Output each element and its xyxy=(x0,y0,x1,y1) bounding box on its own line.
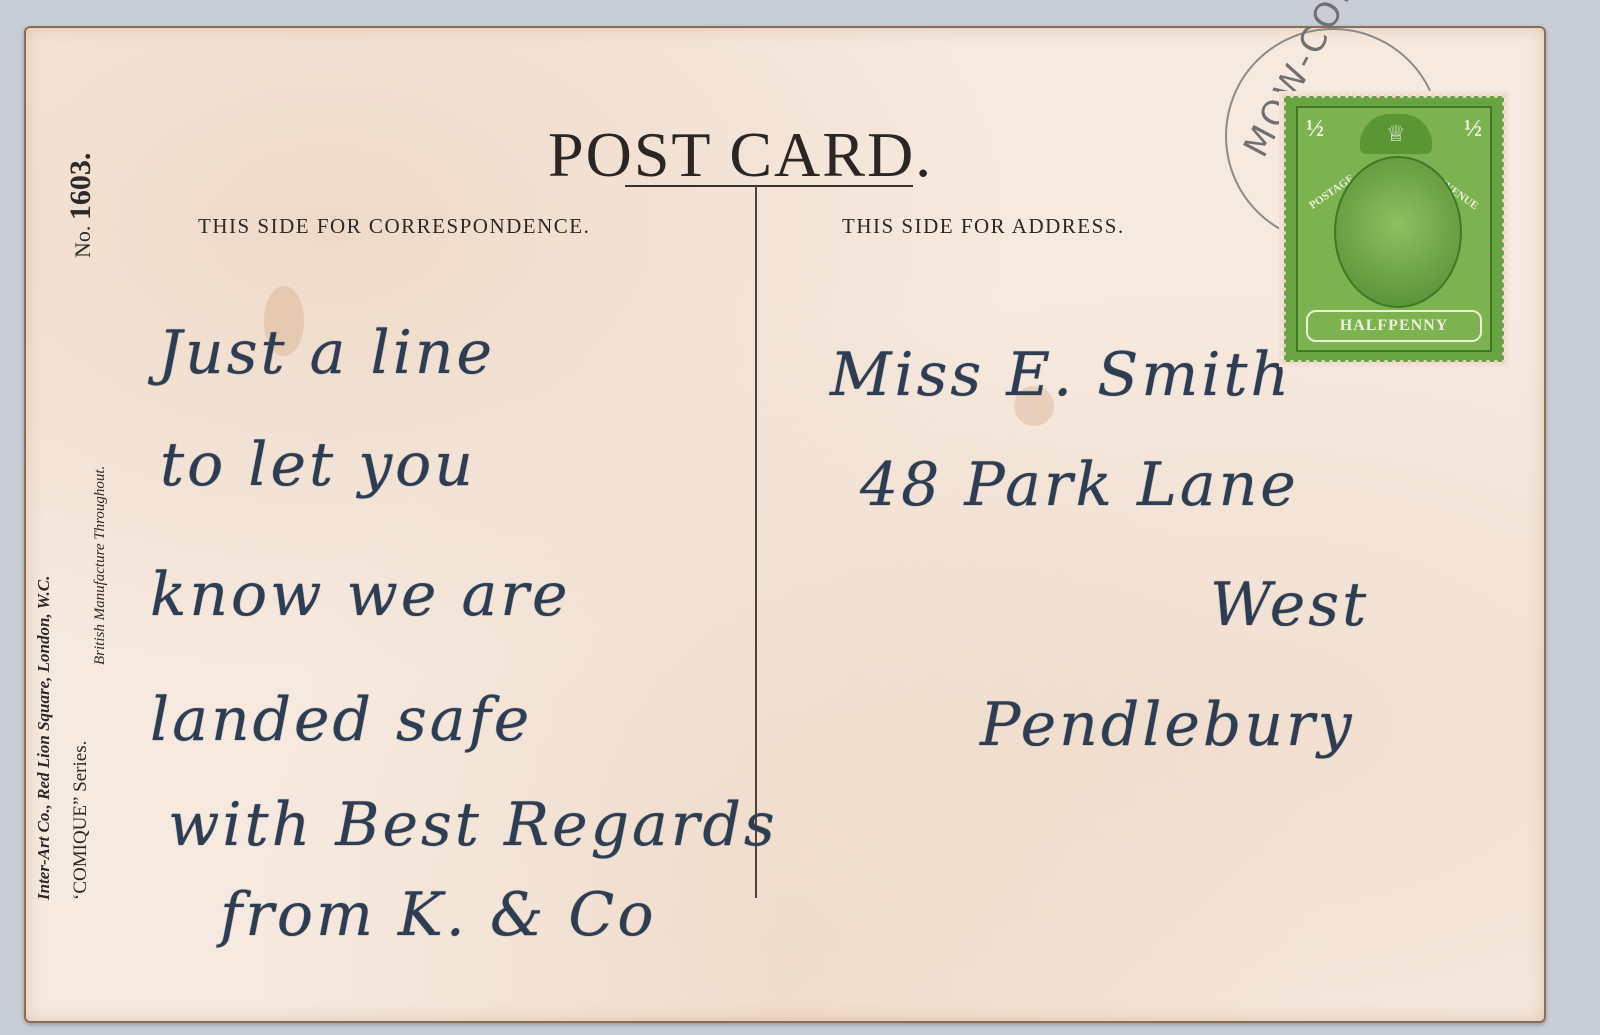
publisher-address: Red Lion Square, London, W.C. xyxy=(34,576,53,804)
crown-icon: ♕ xyxy=(1360,114,1432,154)
king-portrait-icon xyxy=(1334,156,1462,308)
halfpenny-stamp: ½ ½ ♕ POSTAGE REVENUE HALFPENNY xyxy=(1284,96,1504,362)
stamp-fraction-right: ½ xyxy=(1464,116,1482,143)
manufacture-note: British Manufacture Throughout. xyxy=(92,466,109,665)
correspondence-label: THIS SIDE FOR CORRESPONDENCE. xyxy=(198,214,590,239)
title-rule xyxy=(625,185,913,187)
card-number-prefix: No. xyxy=(70,220,95,258)
message-line: know we are xyxy=(150,560,570,630)
publisher-line: Inter-Art Co., Red Lion Square, London, … xyxy=(34,576,54,900)
message-line: Just a line xyxy=(158,318,495,388)
postcard-title: POST CARD. xyxy=(548,118,933,192)
address-line: West xyxy=(1210,570,1369,640)
message-line: landed safe xyxy=(150,685,532,755)
message-line: with Best Regards xyxy=(168,790,778,860)
series-label: ‘COMIQUE” Series. xyxy=(70,741,92,900)
stamp-value-label: HALFPENNY xyxy=(1306,310,1482,342)
publisher-name: Inter-Art Co., xyxy=(34,804,53,900)
stamp-frame: ½ ½ ♕ POSTAGE REVENUE HALFPENNY xyxy=(1296,106,1492,352)
address-line: 48 Park Lane xyxy=(860,450,1299,520)
address-line: Pendlebury xyxy=(980,690,1355,760)
message-line: to let you xyxy=(160,430,476,500)
card-number: No. 1603. xyxy=(64,153,98,258)
stamp-fraction-left: ½ xyxy=(1306,116,1324,143)
address-label: THIS SIDE FOR ADDRESS. xyxy=(842,214,1125,239)
card-number-value: 1603. xyxy=(64,153,97,221)
message-line: from K. & Co xyxy=(220,880,656,950)
address-line: Miss E. Smith xyxy=(830,340,1292,410)
